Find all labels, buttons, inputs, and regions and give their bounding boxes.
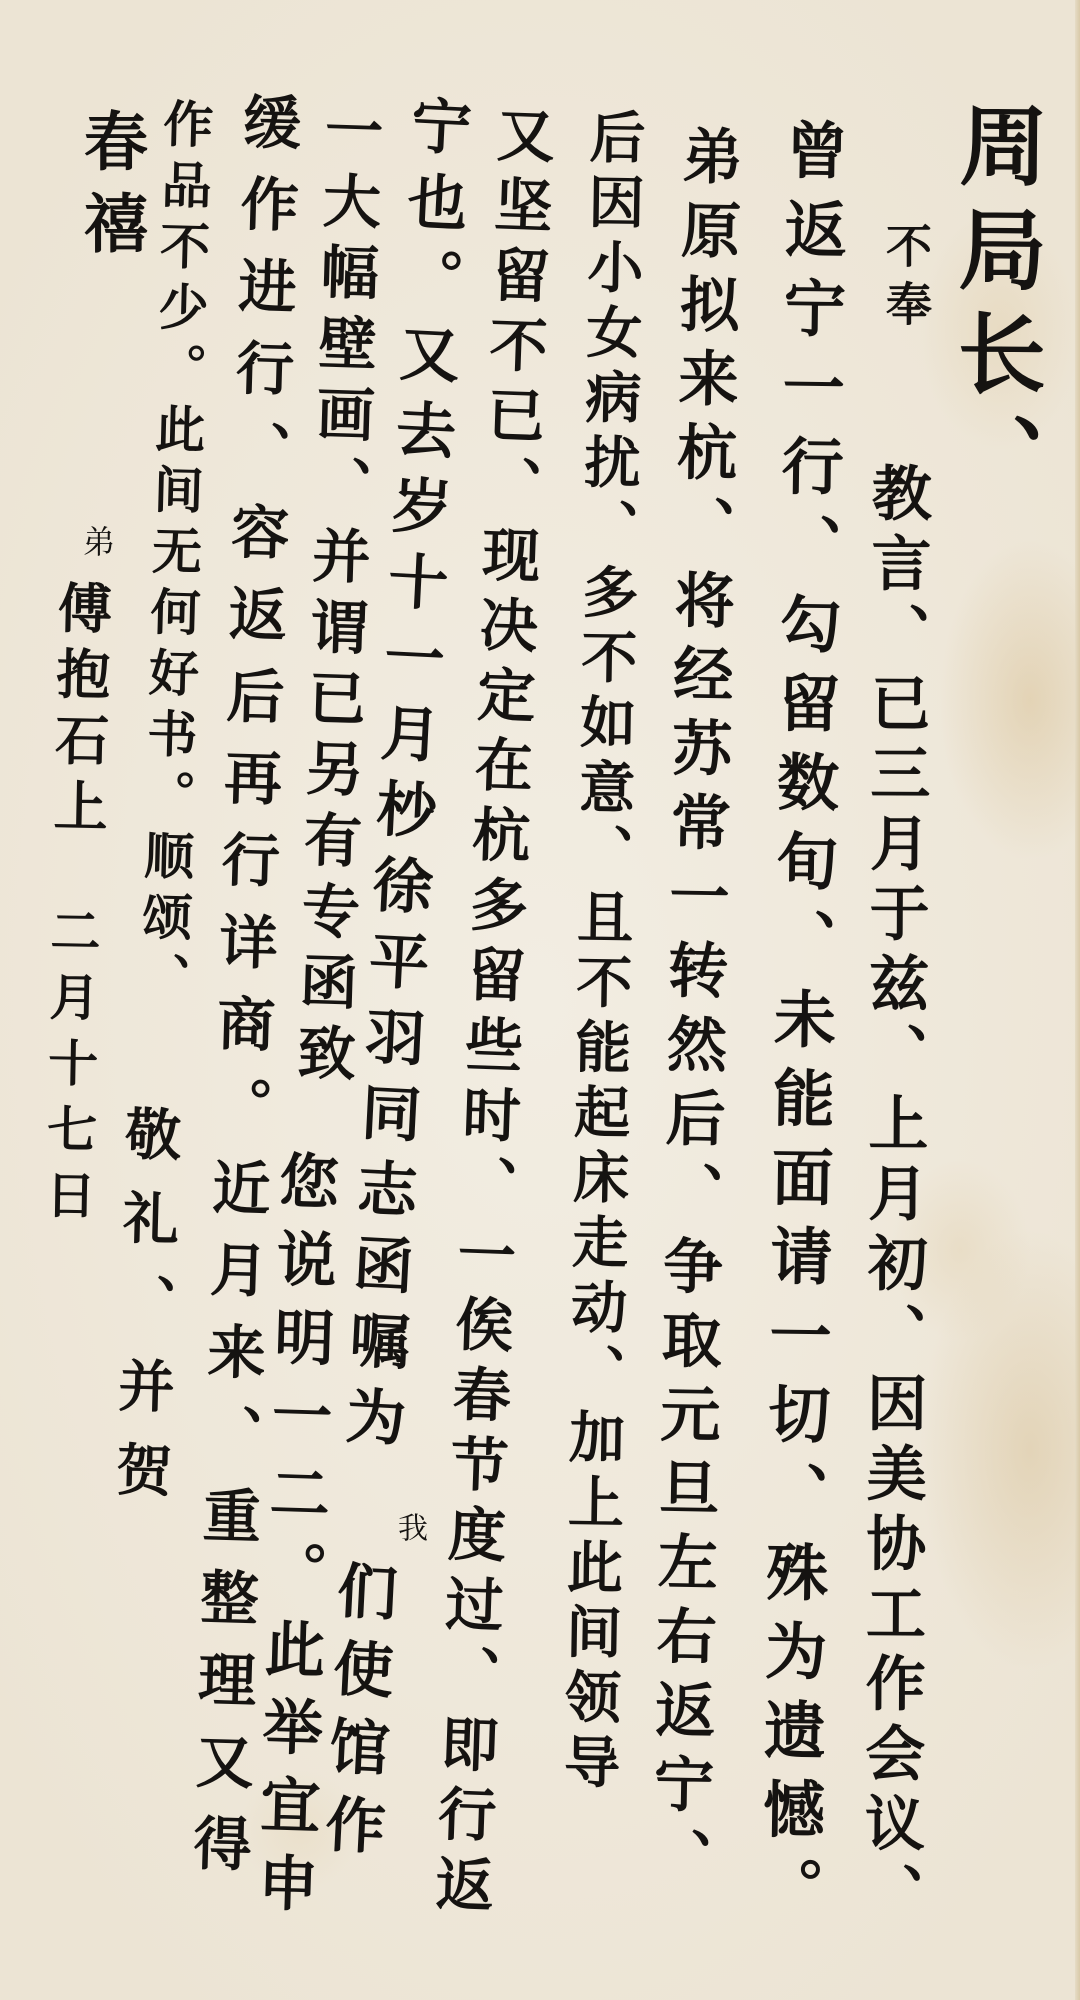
- letter-column-2-body: 教言、已三月于兹、上月初、因美协工作会议、: [859, 462, 927, 1932]
- letter-column-7-lower: 们使馆作: [318, 1558, 394, 1873]
- paper-edge: [1075, 0, 1080, 2000]
- letter-column-5: 后因小女病扰、多不如意、且不能起床走动、加上此间领导: [559, 108, 642, 1799]
- letter-closing-salute: 敬礼、并贺: [111, 1104, 178, 1525]
- letter-paper: 周局长、 不奉 教言、已三月于兹、上月初、因美协工作会议、 曾返宁一行、勾留数旬…: [0, 0, 1080, 2000]
- letter-column-2-opening: 不奉: [883, 222, 929, 338]
- inserted-character-annotation: 我: [394, 1512, 424, 1542]
- signature-date: 二月十七日: [41, 905, 97, 1236]
- signature-prefix: 弟: [81, 525, 113, 557]
- letter-column-4: 弟原拟来杭、将经苏常一转然后、争取元旦左右返宁、: [647, 124, 738, 1901]
- signature-name: 傅抱石上: [49, 579, 109, 844]
- letter-closing-greeting: 春禧: [78, 108, 142, 272]
- letter-column-3: 曾返宁一行、勾留数旬、未能面请一切、殊为遗憾。: [756, 118, 843, 1936]
- letter-salutation: 周局长、: [950, 100, 1042, 517]
